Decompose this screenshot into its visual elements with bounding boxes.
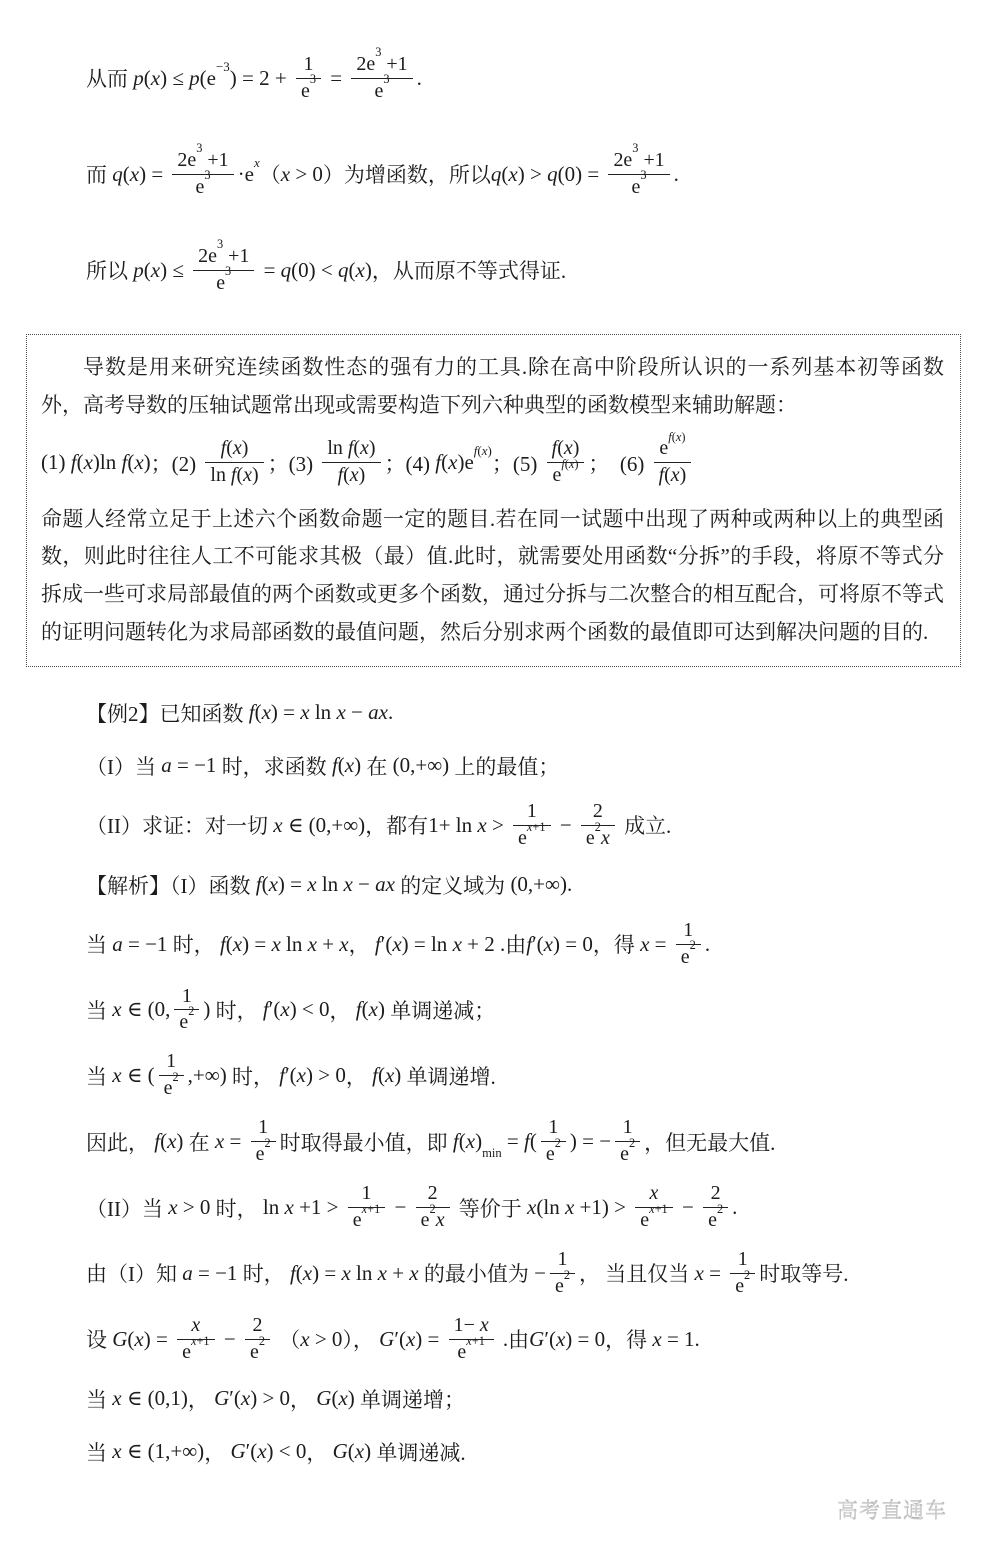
math-text: ) [364,1439,371,1463]
math-variable: x [303,1261,312,1285]
superscript: x+1 [649,1202,668,1216]
math-text: 2 [259,1334,265,1348]
math-text: . [498,1327,509,1351]
math-text: 2 [252,1314,262,1336]
math-variable: x [300,1327,309,1351]
math-text: ln [310,700,337,724]
g-decreasing-line: 当 x ∈ (1,+∞)， G′(x) < 0， G(x) 单调递减. [86,1432,947,1472]
text-run: 成立. [619,810,672,840]
math-variable: x [650,1182,659,1204]
fraction: f(x)ef(x) [547,436,585,489]
superscript: 3 [640,168,646,182]
fraction-denominator: e2 [541,1142,566,1168]
math-variable: q [491,162,502,186]
function-models-line: (1) f(x)ln f(x)；(2) f(x)ln f(x)；(3) ln f… [41,435,944,491]
math-text: ′( [532,932,544,956]
math-text: 1 [738,1248,748,1270]
text-run: 单调递增. [401,1061,496,1091]
text-run: ，都有 [365,810,428,840]
min-value-recall-line: 由（I）知 a = −1 时， f(x) = x ln x + x 的最小值为 … [86,1247,947,1300]
math-variable: x [307,872,316,896]
fraction-denominator: e2 [703,1208,728,1234]
math-variable: x [191,1314,200,1336]
final-conclusion-line: 所以 p(x) ≤ 2e3 +1e3 = q(0) < q(x)，从而原不等式得… [86,238,947,302]
fraction-denominator: e2 [159,1076,184,1102]
math-text: > 0 [310,1327,343,1351]
fraction: 1e2 [251,1115,276,1168]
math-text: 2 [593,800,603,822]
fraction-numerator: 1 [296,52,321,79]
q-increasing-line: 而 q(x) = 2e3 +1e3·ex（x > 0）为增函数，所以q(x) >… [86,142,947,206]
math-text: ′( [269,997,281,1021]
text-run: ， [188,1384,214,1414]
math-variable: x [436,1209,445,1231]
math-run: f(x)ln f(x) [71,450,151,475]
fraction-denominator: ex+1 [513,826,551,852]
math-run: f(x) = x ln x − ax [256,872,395,897]
math-variable: p [189,66,200,90]
text-run: 时， [210,995,263,1025]
math-variable: q [112,162,123,186]
math-run: . [498,1327,509,1352]
text-run: 当 [86,1384,112,1414]
math-text: ) [359,464,366,486]
math-text: > 0 [290,162,323,186]
superscript: f(x) [474,443,492,458]
fraction-denominator: ef(x) [547,463,585,489]
text-run: 时取等号. [759,1258,848,1288]
math-variable: G [529,1327,544,1351]
math-text: 2 [690,938,696,952]
superscript: 3 [225,264,231,278]
math-text: +1) > [574,1195,631,1219]
fraction-denominator: e2x [416,1208,450,1234]
math-variable: x [215,1129,224,1153]
math-text: ) [348,1386,355,1410]
text-run: 时， [237,1258,290,1288]
math-run: x = [695,1261,727,1286]
math-text: ( [144,258,151,282]
g-definition-line: 设 G(x) = xex+1 − 2e2 （x > 0）， G′(x) = 1−… [86,1313,947,1366]
text-run: （ [260,159,281,189]
text-run: 单调递减； [385,995,495,1025]
decreasing-interval-line: 当 x ∈ (0,1e2) 时， f′(x) < 0， f(x) 单调递减； [86,984,947,1037]
math-run: x ∈ (0,+∞) [273,813,365,838]
text-run: ；(5) [492,448,543,478]
math-text: = 1. [662,1327,700,1351]
fraction-numerator: 2 [245,1313,270,1340]
fraction-denominator: e3 [172,175,233,201]
math-text: ′( [285,1063,297,1087]
math-text: ( [123,162,130,186]
math-variable: x [281,162,290,186]
math-text: e [182,1341,191,1363]
math-variable: G [333,1439,348,1463]
superscript: 2 [188,1004,194,1018]
part-2-question: （II）求证：对一切 x ∈ (0,+∞)，都有1+ ln x > 1ex+1 … [86,799,947,852]
text-run: （II）求证：对一切 [86,810,273,840]
fraction-denominator: e2 [550,1274,575,1300]
math-text: = [502,1129,524,1153]
superscript: 2 [717,1202,723,1216]
math-variable: x [262,700,271,724]
math-text: 1 [558,1248,568,1270]
superscript: 2 [564,1268,570,1282]
math-text: e [421,1209,430,1231]
math-variable: G [230,1439,245,1463]
math-text: −3 [216,59,230,74]
math-text: ln [317,872,344,896]
fraction: ef(x)f(x) [654,436,692,489]
math-text: e [708,1209,717,1231]
math-variable: x [168,1195,177,1219]
math-variable: x [360,437,369,459]
math-text: ( [255,700,262,724]
fraction-numerator: 1 [730,1247,755,1274]
math-variable: x [508,162,517,186]
math-variable: x [341,1261,350,1285]
math-run: x > 0 [281,162,323,187]
text-run: 【例2】已知函数 [86,698,249,728]
math-run: G(x) [316,1386,355,1411]
fraction-numerator: 1 [174,984,199,1011]
math-text: 1 [527,800,537,822]
fraction: 1e2 [615,1115,640,1168]
fraction: 2e2x [581,799,615,852]
math-text: ) = [139,162,168,186]
math-text: e [353,1209,362,1231]
math-run: f(x) [356,997,385,1022]
math-text: ∈ (0, [122,997,171,1021]
fraction: 2e3 +1e3 [193,244,254,297]
math-run: x > 0 [168,1195,210,1220]
math-text: +1 [655,1202,668,1216]
math-text: e [250,1341,259,1363]
text-run: ；(3) [268,448,319,478]
text-run: 单调递减. [371,1437,466,1467]
math-run: (0,+∞) [393,753,450,778]
text-run: 在 [183,1127,215,1157]
math-variable: x [300,700,309,724]
text-run: 在 [361,751,393,781]
math-run: x ∈ ( [112,1063,154,1088]
math-run: a = −1 [112,932,167,957]
increasing-interval-line: 当 x ∈ (1e2,+∞) 时， f′(x) > 0， f(x) 单调递增. [86,1049,947,1102]
math-text: 3 [225,264,231,278]
math-text: )ln [93,450,122,474]
math-variable: q [338,258,349,282]
math-text: ) [394,1063,401,1087]
math-text: ) [365,258,372,282]
math-text: ) < 0 [267,1439,307,1463]
math-text: ( [77,450,84,474]
math-variable: x [112,1439,121,1463]
math-text: ( [144,66,151,90]
math-variable: p [133,66,144,90]
math-variable: x [269,872,278,896]
math-variable: x [477,813,486,837]
fraction: ln f(x)f(x) [322,436,380,489]
fraction-numerator: f(x) [205,436,263,463]
math-text: e [457,1341,466,1363]
fraction-numerator: 1 [615,1115,640,1142]
math-text: = [325,66,347,90]
math-run: f′(x) > 0 [279,1063,346,1088]
math-variable: x [544,932,553,956]
math-text: 1− [454,1314,480,1336]
math-variable: x [134,1327,143,1351]
math-text: ) [681,430,685,444]
document-page: 从而 p(x) ≤ p(e−3) = 2 + 1e3 = 2e3 +1e3.而 … [0,0,981,1545]
text-run: 单调递增； [355,1384,465,1414]
math-text: ∈ (0,+∞) [283,813,366,837]
text-run: 时取得最小值，即 [280,1127,453,1157]
fraction-numerator: 2e3 +1 [351,52,412,79]
math-text: − [346,700,368,724]
math-text: ) = [242,932,271,956]
superscript: 3 [375,45,381,59]
fraction-denominator: e2 [615,1142,640,1168]
superscript: 3 [196,141,202,155]
fraction: 1e2 [541,1115,566,1168]
derivative-line: 当 a = −1 时， f(x) = x ln x + x， f′(x) = l… [86,918,947,971]
math-text: 1 [258,1116,268,1138]
fraction-denominator: ex+1 [635,1208,673,1234]
example-2-title: 【例2】已知函数 f(x) = x ln x − ax. [86,693,947,733]
math-text: ) [144,450,151,474]
fraction-denominator: e2 [251,1142,276,1168]
fraction-denominator: ln f(x) [205,463,263,489]
math-text: 2 [264,1136,270,1150]
math-text: ) [176,1129,183,1153]
analysis-domain-line: 【解析】（I）函数 f(x) = x ln x − ax 的定义域为 (0,+∞… [86,865,947,905]
math-variable: ax [375,872,395,896]
text-run: （II）当 [86,1193,168,1223]
superscript: 3 [383,72,389,86]
math-text: ) [680,464,687,486]
math-text: 2 [172,1070,178,1084]
math-run: f(x) [154,1129,183,1154]
fraction-denominator: e3 [608,175,669,201]
math-run: f(x)min = f( [453,1129,537,1154]
math-run: f′(x) = 0 [526,932,593,957]
math-text: 2e [198,245,217,267]
math-text: ) [488,443,492,458]
math-variable: q [547,162,558,186]
math-text: e [216,272,225,294]
math-run: ln x +1 > [263,1195,344,1220]
text-run: 当 [86,1437,112,1467]
math-text: . [417,66,422,90]
math-text: ( [349,258,356,282]
math-text: = [704,1261,726,1285]
superscript: 3 [217,237,223,251]
text-run: ；(2) [151,448,202,478]
superscript: 2 [595,820,601,834]
example-2-section: 【例2】已知函数 f(x) = x ln x − ax.（I）当 a = −1 … [86,693,947,1472]
text-run: (1) [41,450,71,475]
math-run: G′(x) < 0 [230,1439,306,1464]
math-variable: a [182,1261,193,1285]
math-text: ) ≤ [160,258,189,282]
fraction: 2e3 +1e3 [172,148,233,201]
math-variable: x [601,827,610,849]
subscript: min [482,1146,502,1160]
math-text: ′( [229,1386,241,1410]
math-text: ) [242,437,249,459]
text-run: ， [330,995,356,1025]
text-run: ， [204,1437,230,1467]
math-text: ( [378,1063,385,1087]
math-variable: x [112,1386,121,1410]
math-text: e [640,1209,649,1231]
math-text: = [224,1129,246,1153]
fraction: f(x)ln f(x) [205,436,263,489]
minimum-value-line: 因此， f(x) 在 x = 1e2时取得最小值，即 f(x)min = f(1… [86,1115,947,1168]
math-text: ·e [238,162,254,186]
text-run: 的定义域为 [395,870,511,900]
math-run: (0,+∞). [510,872,572,897]
math-run: . [705,932,710,957]
math-text: (e [200,66,216,90]
fraction-numerator: 1 [550,1247,575,1274]
math-text: (ln [536,1195,565,1219]
fraction-denominator: e3 [351,79,412,105]
text-run: ，得 [593,929,640,959]
math-text: > 0 [178,1195,211,1219]
text-run: 由 [505,929,526,959]
math-variable: x [369,997,378,1021]
math-text: ) [573,437,580,459]
math-text: ) ≤ [160,66,189,90]
math-text: > [487,813,509,837]
math-variable: x [151,258,160,282]
superscript: x+1 [466,1334,485,1348]
note-intro-paragraph: 导数是用来研究连续函数性态的强有力的工具.除在高中阶段所认识的一系列基本初等函数… [41,349,944,425]
fraction: 1ex+1 [513,799,551,852]
superscript: f(x) [668,430,685,444]
math-text: e [301,80,310,102]
superscript: −3 [216,59,230,74]
math-text: − [389,1195,411,1219]
math-variable: x [350,464,359,486]
math-run: ) = − [570,1129,611,1154]
text-run: 设 [86,1324,112,1354]
superscript: 2 [264,1136,270,1150]
math-text: ) [203,997,210,1021]
math-run: − [219,1327,241,1352]
fraction-numerator: 1 [676,918,701,945]
math-text: ′( [544,1327,556,1351]
math-text: + [317,932,339,956]
math-run: 1+ ln x > [428,813,509,838]
math-run: x ∈ (0, [112,997,170,1022]
math-text: e [374,80,383,102]
text-run: ， [290,1384,316,1414]
text-run: （ [274,1324,300,1354]
math-run: f(x) = x ln x + x [290,1261,419,1286]
math-text: 2 [564,1268,570,1282]
math-text: ) = [271,700,300,724]
math-run: x = [640,932,672,957]
fraction-numerator: ef(x) [654,436,692,463]
math-text: = −1 [172,753,217,777]
math-text: − [677,1195,699,1219]
math-run: f′(x) = ln x + 2 . [375,932,505,957]
math-run: . [732,1195,737,1220]
math-variable: x [356,258,365,282]
math-text: ln [210,464,231,486]
fraction: 1e2 [174,984,199,1037]
method-note-section: 导数是用来研究连续函数性态的强有力的工具.除在高中阶段所认识的一系列基本初等函数… [86,334,947,667]
math-run: a = −1 [161,753,216,778]
math-run: f(x) = x ln x + x [220,932,349,957]
fraction-numerator: 2 [703,1181,728,1208]
math-text: ) > [518,162,547,186]
proof-conclusion-section: 从而 p(x) ≤ p(e−3) = 2 + 1e3 = 2e3 +1e3.而 … [86,46,947,302]
math-text: +1 [367,1202,380,1216]
text-run: 由 [508,1324,529,1354]
math-text: 3 [383,72,389,86]
math-run: − [677,1195,699,1220]
math-text: ) [354,753,361,777]
math-text: . [705,932,710,956]
math-text: ) = 0 [553,932,593,956]
math-variable: x [345,753,354,777]
math-text: ) < 0 [290,997,330,1021]
math-variable: x [527,1195,536,1219]
math-text: e [659,437,668,459]
superscript: 3 [204,168,210,182]
text-run: ，从而原不等式得证. [372,255,566,285]
math-text: ) = 0 [565,1327,605,1351]
math-run: − [555,813,577,838]
math-run: G′(x) > 0 [214,1386,290,1411]
fraction: 1e2 [159,1049,184,1102]
math-text: )e [457,450,473,474]
text-run: 命题人经常立足于上述六个函数命题一定的题目.若在同一试题中出现了两种或两种以上的… [41,507,944,644]
g-increasing-line: 当 x ∈ (0,1)， G′(x) > 0， G(x) 单调递增； [86,1379,947,1419]
math-variable: G [214,1386,229,1410]
method-note-box: 导数是用来研究连续函数性态的强有力的工具.除在高中阶段所认识的一系列基本初等函数… [26,334,961,667]
math-run: x > 0 [300,1327,342,1352]
fraction: 1e2 [550,1247,575,1300]
math-text: . [388,700,393,724]
math-variable: ax [368,700,388,724]
math-text: 3 [196,141,202,155]
math-variable: G [316,1386,331,1410]
math-text: ( [226,932,233,956]
math-run: f(x) [372,1063,401,1088]
math-text: ) = [415,1327,444,1351]
math-text: ln [281,932,308,956]
math-text: ) [369,437,376,459]
text-run: 当 [86,995,112,1025]
text-run: ， 当且仅当 [579,1258,695,1288]
math-variable: x [285,1195,294,1219]
superscript: 2 [690,938,696,952]
fraction: 1e2 [730,1247,755,1300]
fraction-denominator: e3 [296,79,321,105]
math-run: x ∈ (1,+∞) [112,1439,204,1464]
math-text: ln [327,437,348,459]
math-variable: p [133,258,144,282]
math-text: ( [338,753,345,777]
math-text: ) = − [570,1129,611,1153]
text-run: ，但无最大值. [644,1127,775,1157]
math-run: a = −1 [182,1261,237,1286]
note-strategy-paragraph: 命题人经常立足于上述六个函数命题一定的题目.若在同一试题中出现了两种或两种以上的… [41,501,944,652]
